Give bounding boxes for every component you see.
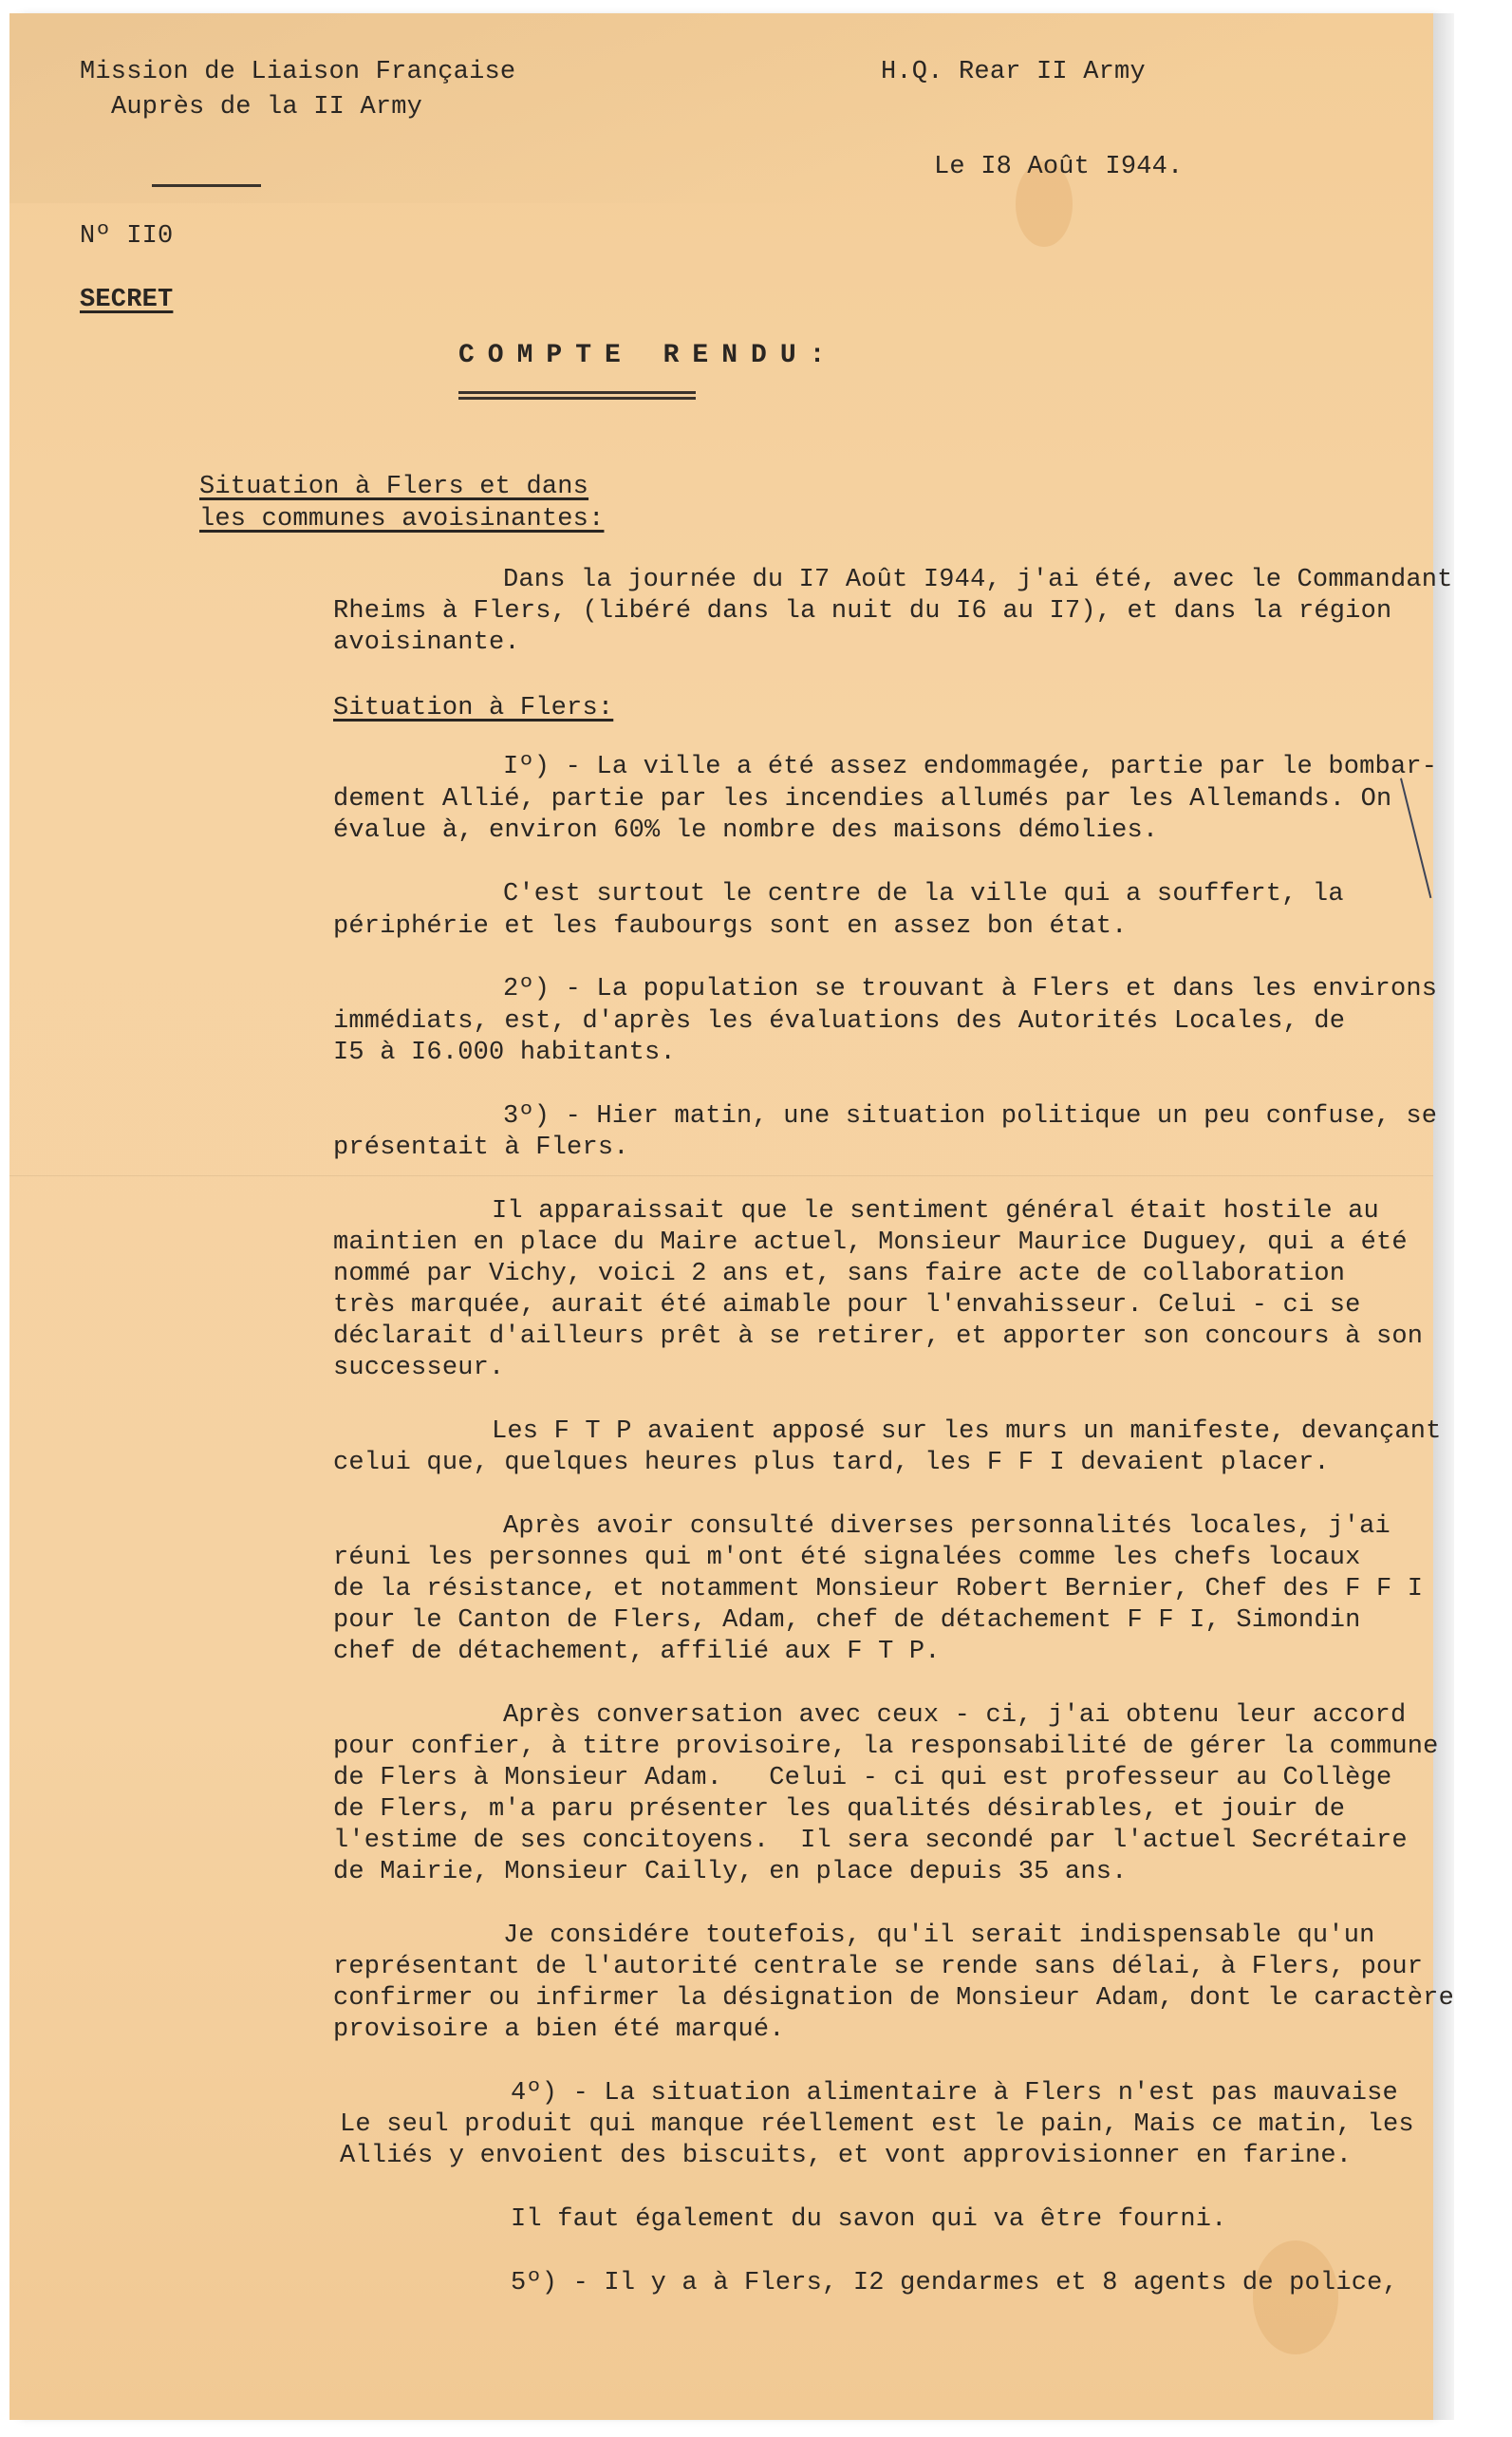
letter-date: Le I8 Août I944. xyxy=(934,152,1183,183)
paragraph-line: présentait à Flers. xyxy=(333,1133,629,1164)
paragraph-line: évalue à, environ 60% le nombre des mais… xyxy=(333,815,1158,847)
intro-line: Rheims à Flers, (libéré dans la nuit du … xyxy=(333,596,1391,628)
paragraph-line: Je considére toutefois, qu'il serait ind… xyxy=(503,1921,1375,1952)
paragraph-line: provisoire a bien été marqué. xyxy=(333,2015,785,2046)
paragraph-line: l'estime de ses concitoyens. Il sera sec… xyxy=(333,1826,1408,1857)
document-title: COMPTE RENDU: xyxy=(458,340,838,371)
paragraph-line: maintien en place du Maire actuel, Monsi… xyxy=(333,1228,1408,1259)
paragraph-line: très marquée, aurait été aimable pour l'… xyxy=(333,1290,1361,1322)
fold-line xyxy=(9,1175,1433,1176)
paragraph-line: successeur. xyxy=(333,1353,504,1384)
main-heading-line-2: les communes avoisinantes: xyxy=(199,504,604,535)
paragraph-line: représentant de l'autorité centrale se r… xyxy=(333,1952,1423,1983)
paragraph-line: déclarait d'ailleurs prêt à se retirer, … xyxy=(333,1322,1423,1353)
paragraph-line: Il faut également du savon qui va être f… xyxy=(511,2204,1227,2236)
paragraph-line: Après avoir consulté diverses personnali… xyxy=(503,1511,1391,1543)
document-number: Nº II0 xyxy=(80,221,173,253)
paragraph-line: Alliés y envoient des biscuits, et vont … xyxy=(340,2141,1352,2172)
paragraph-line: pour le Canton de Flers, Adam, chef de d… xyxy=(333,1605,1361,1637)
paragraph-line: de Flers, m'a paru présenter les qualité… xyxy=(333,1794,1345,1826)
classification-label: SECRET xyxy=(80,285,173,316)
hq-location: H.Q. Rear II Army xyxy=(881,57,1146,88)
title-underline-2 xyxy=(458,397,696,400)
paragraph-line: de la résistance, et notamment Monsieur … xyxy=(333,1574,1423,1605)
paragraph-line: pour confier, à titre provisoire, la res… xyxy=(333,1732,1439,1763)
intro-line: avoisinante. xyxy=(333,628,520,659)
paragraph-line: 5º) - Il y a à Flers, I2 gendarmes et 8 … xyxy=(511,2268,1398,2299)
paragraph-line: Après conversation avec ceux - ci, j'ai … xyxy=(503,1700,1406,1732)
paragraph-line: 4º) - La situation alimentaire à Flers n… xyxy=(511,2078,1398,2109)
paragraph-line: chef de détachement, affilié aux F T P. xyxy=(333,1637,941,1668)
paragraph-line: Iº) - La ville a été assez endommagée, p… xyxy=(503,752,1437,783)
org-line-1: Mission de Liaison Française xyxy=(80,57,515,88)
paragraph-line: nommé par Vichy, voici 2 ans et, sans fa… xyxy=(333,1259,1345,1290)
page-edge-shadow xyxy=(1433,13,1454,2420)
paragraph-line: celui que, quelques heures plus tard, le… xyxy=(333,1448,1330,1479)
main-heading-line-1: Situation à Flers et dans xyxy=(199,472,588,503)
paragraph-line: Le seul produit qui manque réellement es… xyxy=(340,2109,1414,2141)
paragraph-line: I5 à I6.000 habitants. xyxy=(333,1038,676,1069)
paragraph-line: 2º) - La population se trouvant à Flers … xyxy=(503,974,1437,1005)
paragraph-line: confirmer ou infirmer la désignation de … xyxy=(333,1983,1454,2015)
paragraph-line: de Mairie, Monsieur Cailly, en place dep… xyxy=(333,1857,1128,1888)
paragraph-line: Les F T P avaient apposé sur les murs un… xyxy=(492,1416,1442,1448)
paragraph-line: immédiats, est, d'après les évaluations … xyxy=(333,1006,1345,1038)
paragraph-line: C'est surtout le centre de la ville qui … xyxy=(503,879,1344,910)
title-underline-1 xyxy=(458,391,696,394)
sub-heading: Situation à Flers: xyxy=(333,693,613,724)
paragraph-line: périphérie et les faubourgs sont en asse… xyxy=(333,911,1128,943)
header-rule xyxy=(152,184,261,187)
intro-line: Dans la journée du I7 Août I944, j'ai ét… xyxy=(503,565,1453,596)
paragraph-line: de Flers à Monsieur Adam. Celui - ci qui… xyxy=(333,1763,1391,1794)
paragraph-line: dement Allié, partie par les incendies a… xyxy=(333,784,1391,815)
paragraph-line: réuni les personnes qui m'ont été signal… xyxy=(333,1543,1361,1574)
paragraph-line: Il apparaissait que le sentiment général… xyxy=(492,1196,1379,1228)
paragraph-line: 3º) - Hier matin, une situation politiqu… xyxy=(503,1101,1437,1133)
org-line-2: Auprès de la II Army xyxy=(111,92,422,123)
